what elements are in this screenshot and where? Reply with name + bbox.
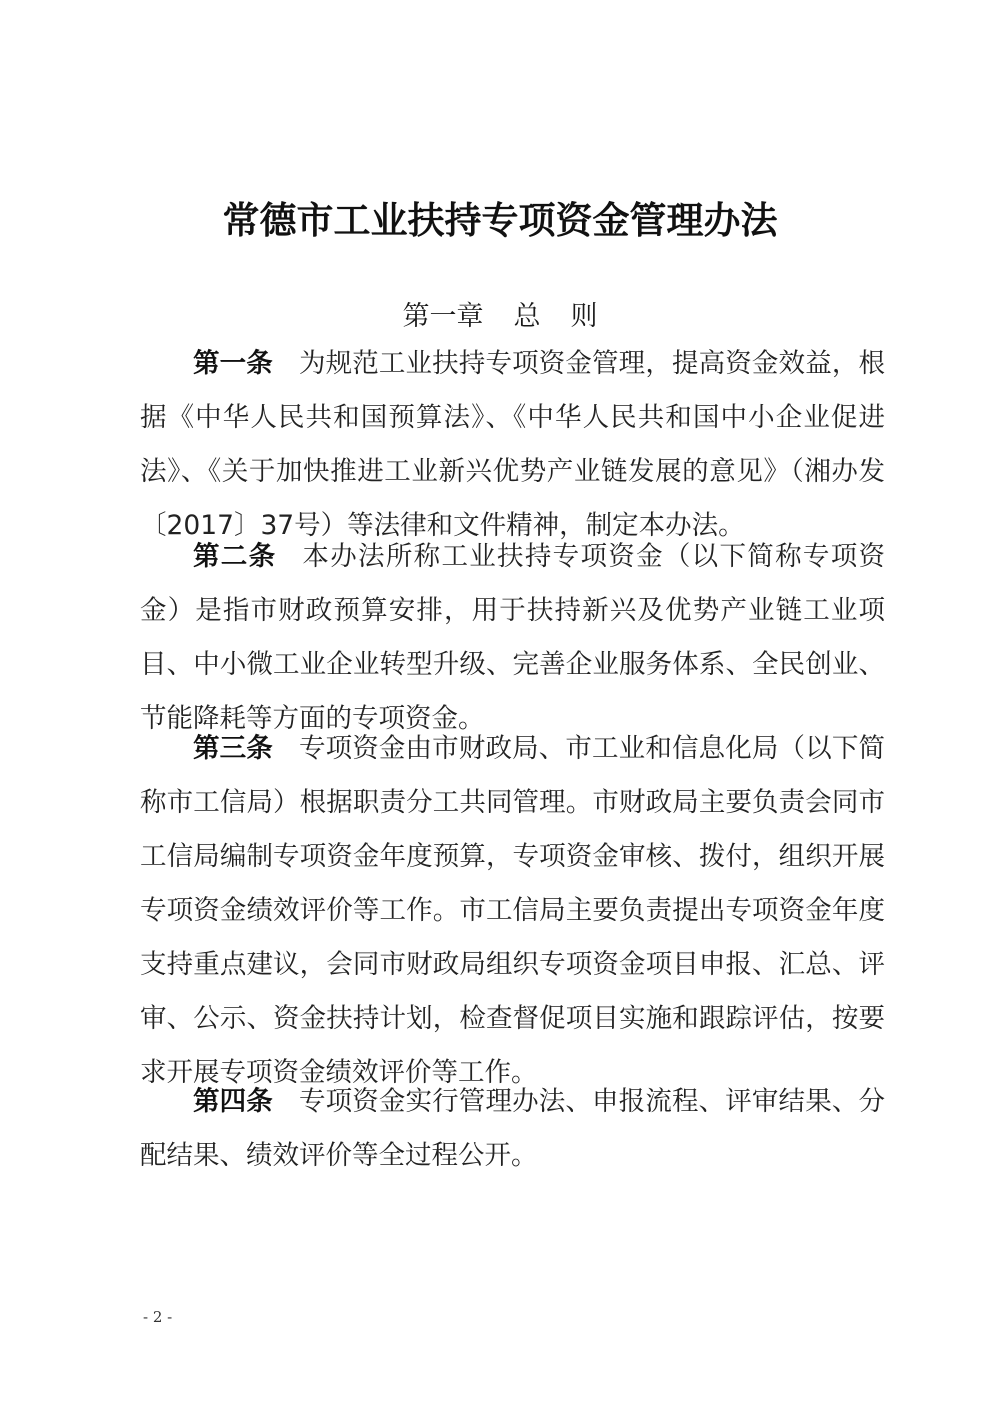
article-4: 第四条专项资金实行管理办法、申报流程、评审结果、分配结果、绩效评价等全过程公开。 (140, 1075, 885, 1183)
article-number: 第二条 (193, 541, 276, 572)
chapter-heading: 第一章总则 (0, 294, 1000, 333)
document-title: 常德市工业扶持专项资金管理办法 (0, 190, 1000, 244)
article-number: 第四条 (193, 1086, 273, 1117)
page-number: - 2 - (143, 1308, 172, 1326)
article-2: 第二条本办法所称工业扶持专项资金（以下简称专项资金）是指市财政预算安排，用于扶持… (140, 530, 885, 746)
article-number: 第三条 (193, 733, 273, 764)
chapter-name-part2: 则 (571, 294, 598, 333)
article-number: 第一条 (193, 348, 273, 379)
chapter-number: 第一章 (403, 294, 484, 333)
chapter-name-part1: 总 (514, 294, 541, 333)
article-3: 第三条专项资金由市财政局、市工业和信息化局（以下简称市工信局）根据职责分工共同管… (140, 722, 885, 1100)
article-text: 专项资金由市财政局、市工业和信息化局（以下简称市工信局）根据职责分工共同管理。市… (140, 733, 885, 1088)
article-1: 第一条为规范工业扶持专项资金管理，提高资金效益，根据《中华人民共和国预算法》、《… (140, 337, 885, 553)
document-page: 常德市工业扶持专项资金管理办法 第一章总则 第一条为规范工业扶持专项资金管理，提… (0, 0, 1000, 1414)
